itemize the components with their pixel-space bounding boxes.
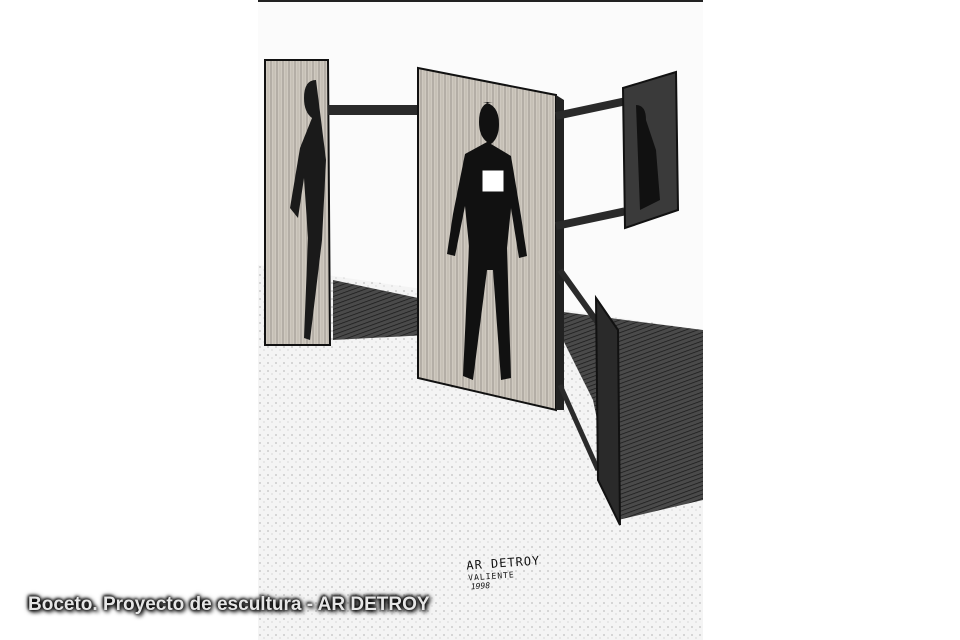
sculpture-sketch-image [258,0,703,640]
placard [482,170,504,192]
image-caption: Boceto. Proyecto de escultura - AR DETRO… [28,594,430,616]
sketch-drawing [258,0,703,640]
artist-signature: AR DETROY VALIENTE 1998 [466,554,542,591]
